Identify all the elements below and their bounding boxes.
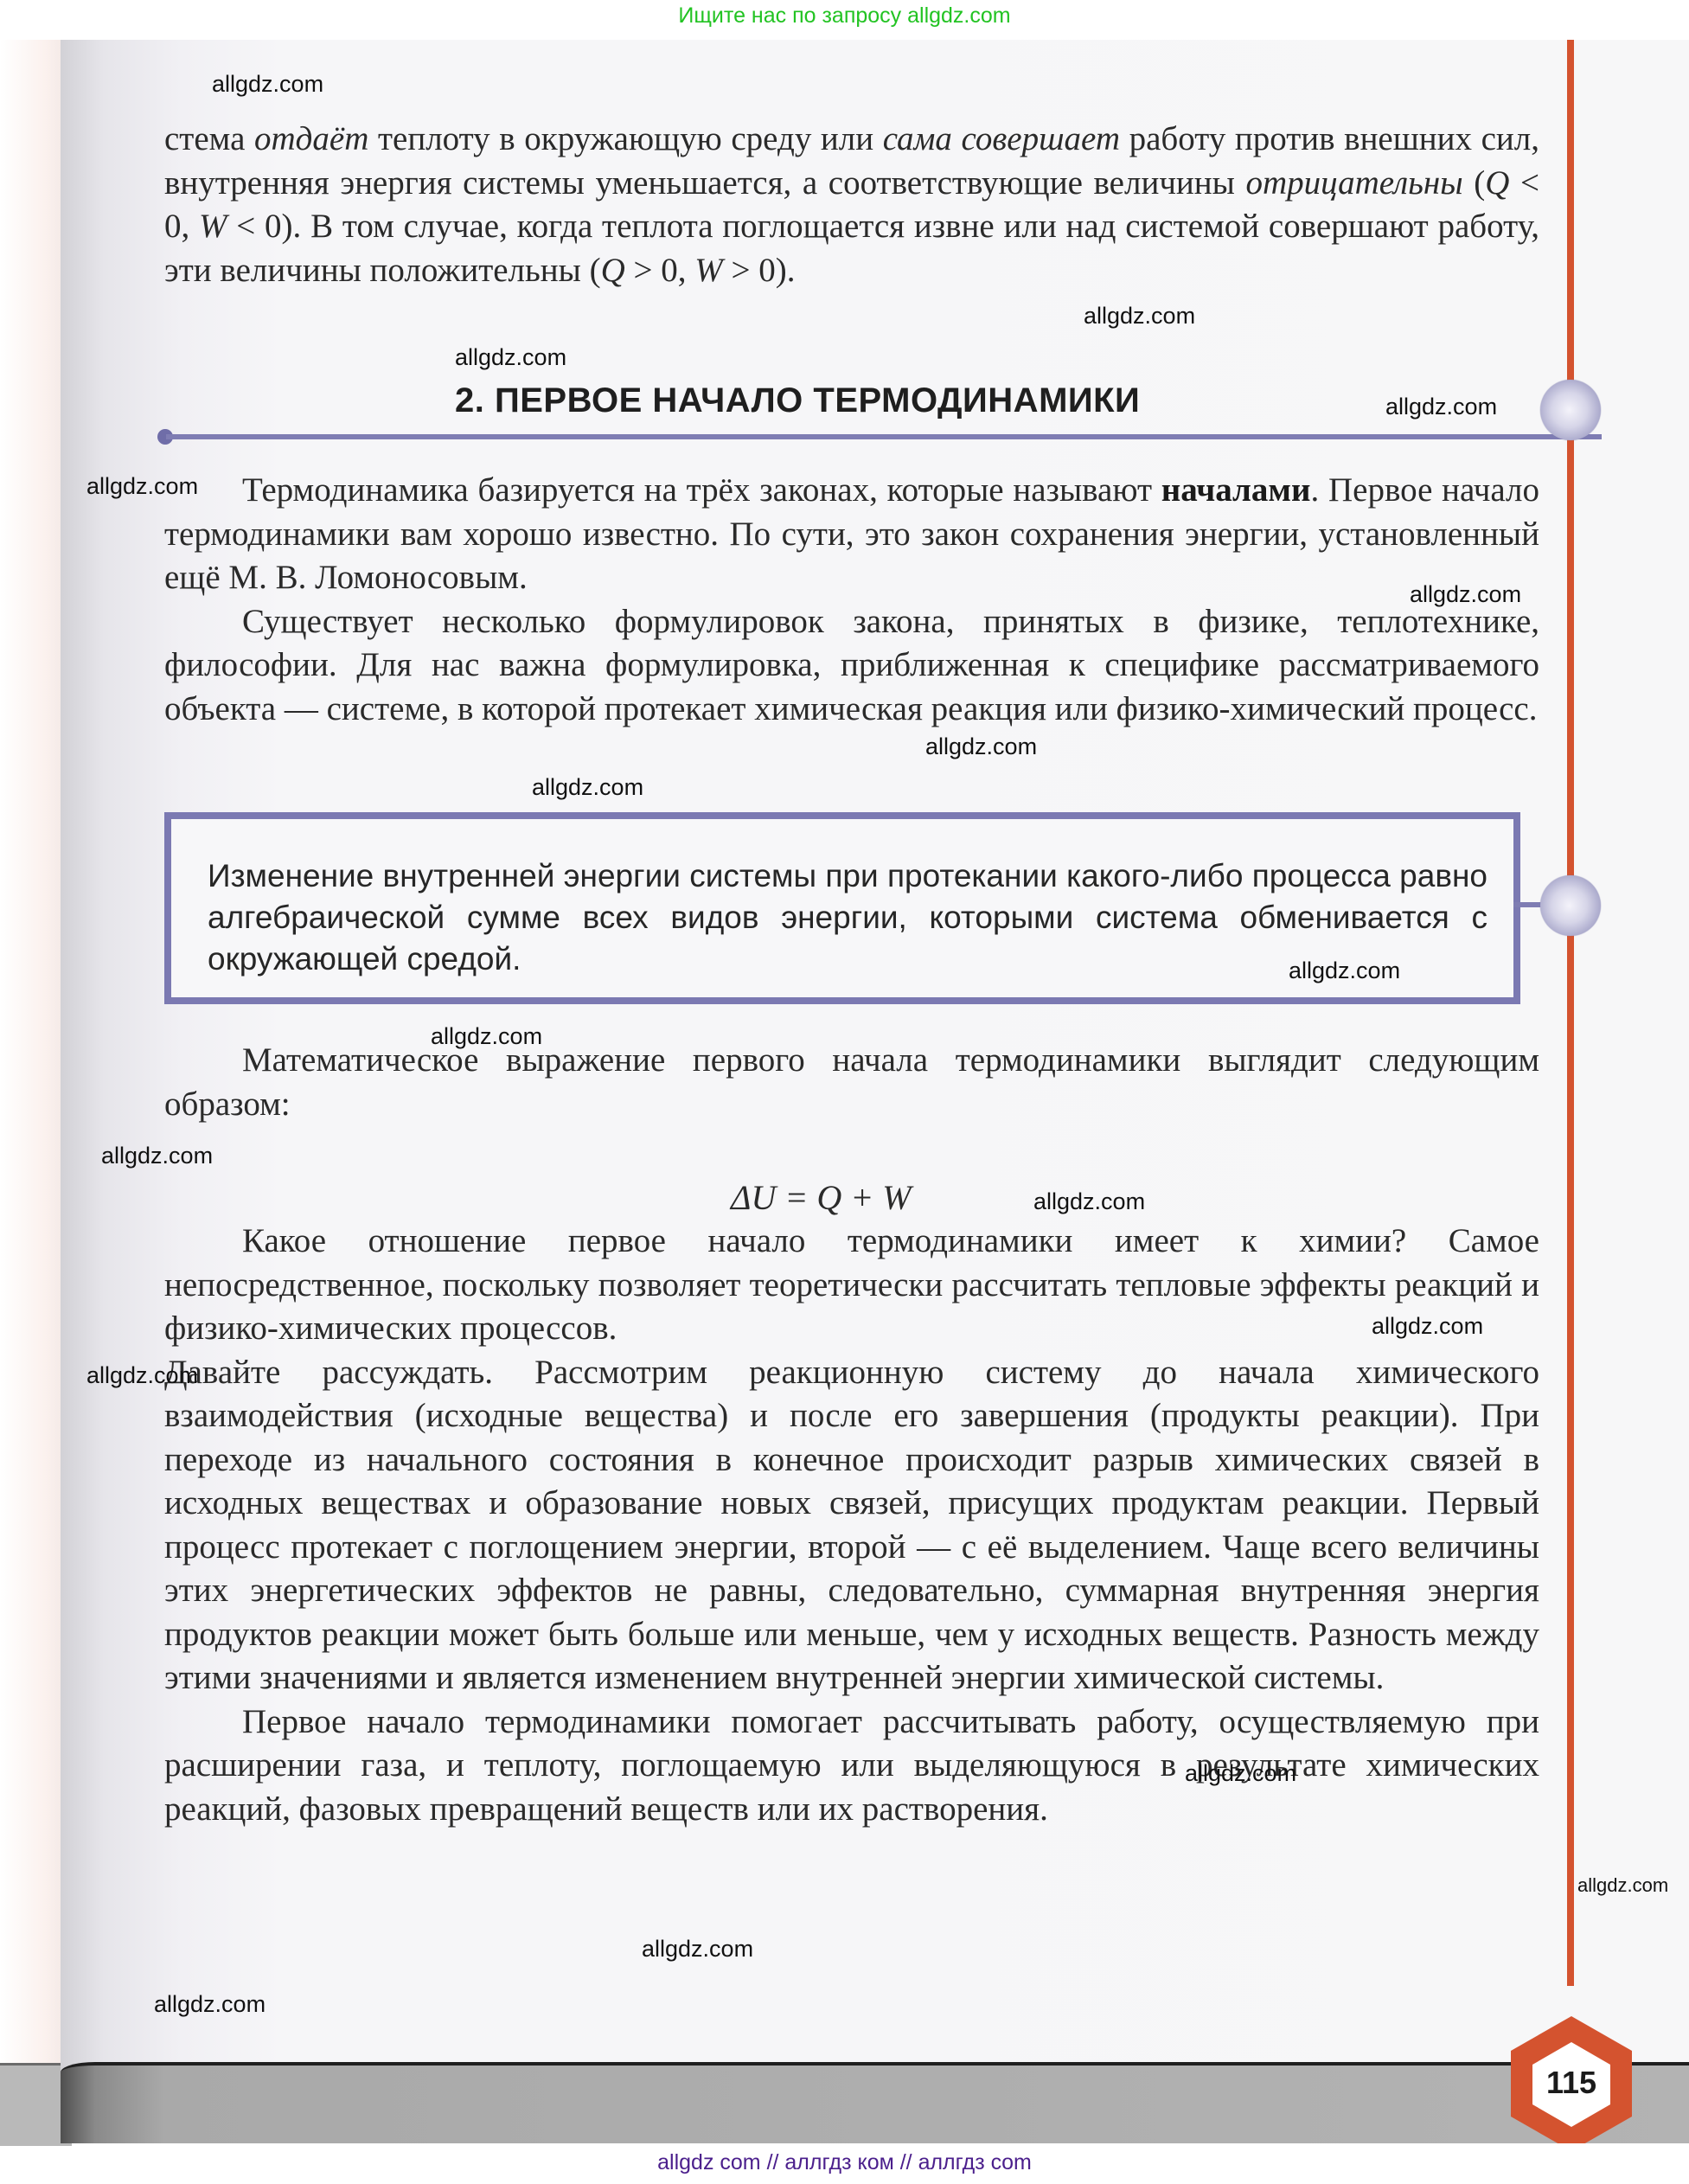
definition-marker-ball-icon: [1540, 875, 1601, 936]
bottom-promo-banner: allgdz com // аллгдз ком // аллгдз com: [0, 2150, 1689, 2175]
adjacent-page-edge: [0, 40, 65, 2142]
emphasis: отдаёт: [254, 120, 368, 157]
text-run: стема: [164, 120, 254, 157]
paragraph-chemistry: Какое отношение первое начало термодинам…: [164, 1220, 1539, 1831]
text-run: > 0).: [723, 252, 796, 289]
watermark: allgdz.com: [86, 1362, 198, 1389]
page-number: 115: [1507, 2065, 1636, 2101]
emphasis: отрицательны: [1245, 164, 1462, 202]
section-marker-ball-icon: [1540, 380, 1601, 440]
first-law-formula: ΔU = Q + W: [731, 1177, 912, 1218]
watermark: allgdz.com: [1084, 303, 1195, 330]
section-title: 2. ПЕРВОЕ НАЧАЛО ТЕРМОДИНАМИКИ: [455, 381, 1140, 420]
paragraph-formulations: Существует несколько формулировок закона…: [164, 600, 1539, 732]
watermark: allgdz.com: [86, 473, 198, 500]
text-run: > 0,: [625, 252, 695, 289]
watermark: allgdz.com: [925, 733, 1037, 760]
watermark: allgdz.com: [101, 1143, 213, 1169]
paragraph-applications: Первое начало термодинамики помогает рас…: [164, 1700, 1539, 1832]
watermark: allgdz.com: [1033, 1188, 1145, 1215]
paragraph-reasoning: Давайте рассуждать. Рассмотрим реакционн…: [164, 1351, 1539, 1700]
top-promo-banner: Ищите нас по запросу allgdz.com: [0, 3, 1689, 29]
watermark: allgdz.com: [455, 344, 566, 371]
math-var: W: [199, 208, 227, 245]
watermark: allgdz.com: [212, 71, 323, 98]
watermark: allgdz.com: [431, 1023, 542, 1050]
section-rule: [166, 434, 1602, 439]
text-run: теплоту в окружающую среду или: [368, 120, 882, 157]
paragraph-laws: Термодинамика базируется на трёх законах…: [164, 469, 1539, 731]
intro-paragraph: стема отдаёт теплоту в окружающую среду …: [164, 118, 1539, 292]
text-run: Математическое выражение первого начала …: [164, 1039, 1539, 1126]
page-footer-band: [61, 2062, 1689, 2143]
watermark: allgdz.com: [1385, 394, 1497, 420]
paragraph-math-intro: Математическое выражение первого начала …: [164, 1039, 1539, 1126]
margin-accent-rail: [1567, 40, 1574, 1986]
watermark: allgdz.com: [1185, 1760, 1296, 1787]
math-var: W: [694, 252, 723, 289]
watermark: allgdz.com: [532, 774, 643, 801]
emphasis: сама совершает: [883, 120, 1120, 157]
text-run: < 0). В том случае, когда теплота поглощ…: [164, 208, 1539, 289]
text-run: Какое отношение первое начало термодинам…: [164, 1220, 1539, 1351]
textbook-page: стема отдаёт теплоту в окружающую среду …: [61, 40, 1689, 2143]
watermark: allgdz.com: [1577, 1874, 1668, 1897]
math-var: Q: [601, 252, 625, 289]
watermark: allgdz.com: [1410, 581, 1521, 608]
text-run: (: [1463, 164, 1486, 202]
page-number-badge: 115: [1507, 2014, 1636, 2143]
text-run: Термодинамика базируется на трёх законах…: [242, 471, 1161, 509]
watermark: allgdz.com: [1289, 958, 1400, 984]
math-var: Q: [1485, 164, 1509, 202]
key-term: началами: [1161, 471, 1311, 509]
watermark: allgdz.com: [154, 1991, 266, 2018]
watermark: allgdz.com: [642, 1936, 753, 1963]
watermark: allgdz.com: [1372, 1313, 1483, 1340]
